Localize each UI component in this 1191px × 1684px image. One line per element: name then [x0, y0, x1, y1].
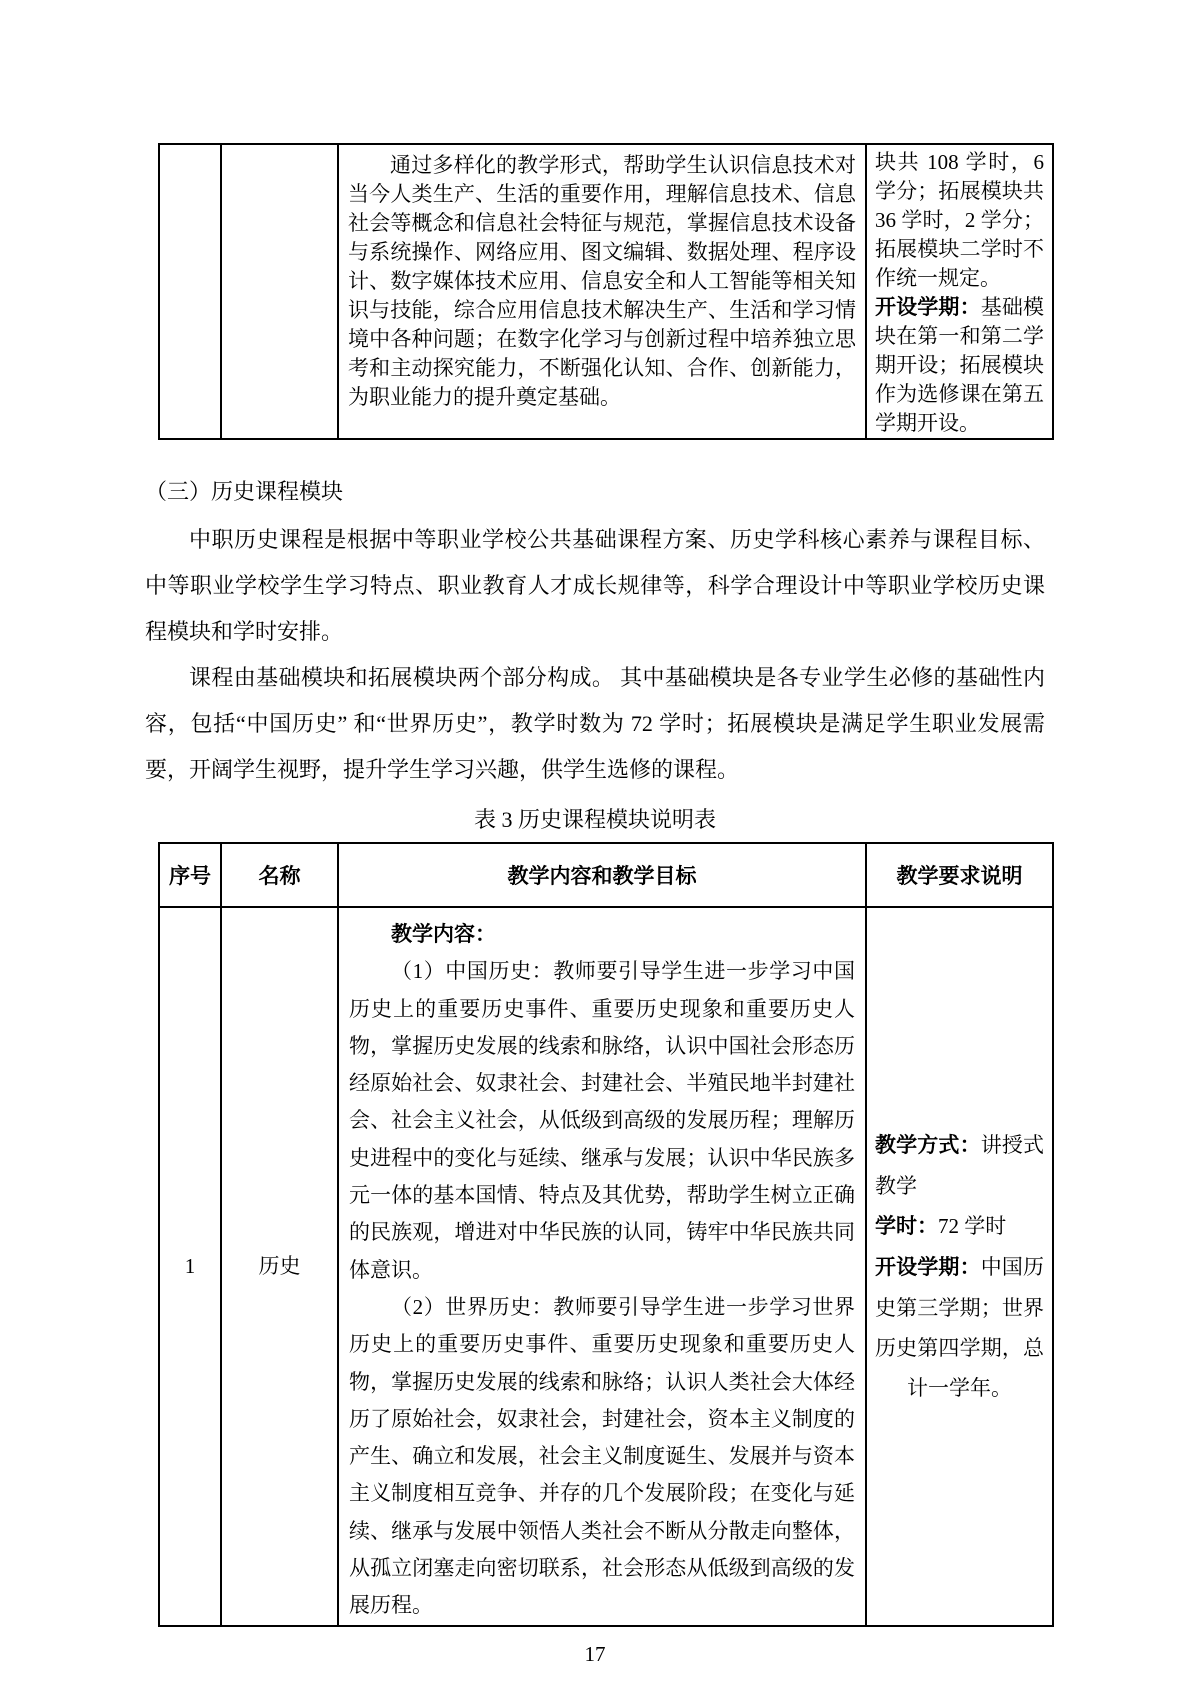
text-line: 通过多样化的教学形式，帮助学生认识信息技术对当今人类生产、生活的重要作用，理解信…	[348, 151, 856, 412]
text-run: 史第三学期；世界	[875, 1296, 1044, 1320]
header-name: 名称	[221, 843, 338, 907]
text-line: 开设学期：基础模	[875, 293, 1044, 322]
bold-label-run: 开设学期：	[875, 296, 981, 319]
paragraph-intro: 中职历史课程是根据中等职业学校公共基础课程方案、历史学科核心素养与课程目标、中等…	[145, 517, 1045, 655]
index-cell-empty	[159, 144, 221, 439]
text-run: 36 学时，2 学分；	[875, 208, 1044, 232]
bold-label-run: 开设学期：	[875, 1256, 981, 1279]
index-cell: 1	[159, 907, 221, 1626]
text-line: 拓展模块二学时不	[875, 235, 1044, 264]
text-run: 块共 108 学时，6	[875, 150, 1044, 174]
text-run: 历史第四学期，总	[875, 1336, 1044, 1360]
text-run: 作为选修课在第五	[875, 382, 1044, 406]
text-line: 块共 108 学时，6	[875, 148, 1044, 177]
info-tech-course-table-continued: 通过多样化的教学形式，帮助学生认识信息技术对当今人类生产、生活的重要作用，理解信…	[158, 143, 1054, 440]
text-run: 学分；拓展模块共	[875, 179, 1044, 203]
table-row: 通过多样化的教学形式，帮助学生认识信息技术对当今人类生产、生活的重要作用，理解信…	[159, 144, 1053, 439]
text-line: （1）中国历史：教师要引导学生进一步学习中国历史上的重要历史事件、重要历史现象和…	[349, 953, 855, 1289]
table-row-history: 1 历史 教学内容：（1）中国历史：教师要引导学生进一步学习中国历史上的重要历史…	[159, 907, 1053, 1626]
document-page: 通过多样化的教学形式，帮助学生认识信息技术对当今人类生产、生活的重要作用，理解信…	[0, 0, 1191, 1684]
document-content: 通过多样化的教学形式，帮助学生认识信息技术对当今人类生产、生活的重要作用，理解信…	[0, 0, 1191, 1668]
text-run: （1）中国历史：教师要引导学生进一步学习中国历史上的重要历史事件、重要历史现象和…	[349, 959, 855, 1281]
text-line: 历史第四学期，总	[875, 1328, 1044, 1368]
header-requirement: 教学要求说明	[866, 843, 1053, 907]
text-run: （2）世界历史：教师要引导学生进一步学习世界历史上的重要历史事件、重要历史现象和…	[349, 1295, 855, 1617]
text-line: 教学	[875, 1166, 1044, 1206]
text-line: 学期开设。	[875, 409, 1044, 438]
text-run: 块在第一和第二学	[875, 324, 1044, 348]
header-index: 序号	[159, 843, 221, 907]
bold-label-run: 教学方式：	[875, 1134, 981, 1157]
text-line: 教学方式：讲授式	[875, 1125, 1044, 1166]
text-line: 期开设；拓展模块	[875, 351, 1044, 380]
text-run: 讲授式	[981, 1133, 1044, 1157]
teaching-content-cell: 教学内容：（1）中国历史：教师要引导学生进一步学习中国历史上的重要历史事件、重要…	[338, 907, 866, 1626]
page-number: 17	[145, 1640, 1045, 1668]
bold-label-run: 学时：	[875, 1215, 938, 1238]
header-row: 序号 名称 教学内容和教学目标 教学要求说明	[159, 843, 1053, 907]
section-heading: （三）历史课程模块	[145, 477, 1045, 507]
teaching-requirement-cell: 教学方式：讲授式教学学时：72 学时开设学期：中国历史第三学期；世界历史第四学期…	[866, 907, 1053, 1626]
teaching-requirement-cell: 块共 108 学时，6学分；拓展模块共36 学时，2 学分；拓展模块二学时不作统…	[866, 144, 1053, 439]
text-line: 史第三学期；世界	[875, 1288, 1044, 1328]
text-line: 学分；拓展模块共	[875, 177, 1044, 206]
text-line: 开设学期：中国历	[875, 1247, 1044, 1288]
header-content: 教学内容和教学目标	[338, 843, 866, 907]
text-run: 教学	[875, 1174, 917, 1198]
name-cell-empty	[221, 144, 338, 439]
paragraph-modules: 课程由基础模块和拓展模块两个部分构成。 其中基础模块是各专业学生必修的基础性内容…	[145, 655, 1045, 793]
text-run: 72 学时	[938, 1214, 1006, 1238]
text-line: （2）世界历史：教师要引导学生进一步学习世界历史上的重要历史事件、重要历史现象和…	[349, 1289, 855, 1625]
table3-caption: 表 3 历史课程模块说明表	[145, 804, 1045, 836]
text-line: 块在第一和第二学	[875, 322, 1044, 351]
name-cell: 历史	[221, 907, 338, 1626]
text-run: 期开设；拓展模块	[875, 353, 1044, 377]
history-course-module-table: 序号 名称 教学内容和教学目标 教学要求说明 1 历史 教学内容：（1）中国历史…	[158, 842, 1054, 1627]
text-line: 作为选修课在第五	[875, 380, 1044, 409]
text-line: 36 学时，2 学分；	[875, 206, 1044, 235]
text-line: 学时：72 学时	[875, 1206, 1044, 1247]
text-line: 教学内容：	[349, 916, 855, 953]
text-run: 通过多样化的教学形式，帮助学生认识信息技术对当今人类生产、生活的重要作用，理解信…	[348, 153, 856, 409]
bold-label-run: 教学内容：	[391, 923, 496, 946]
text-run: 作统一规定。	[875, 266, 1001, 290]
teaching-content-cell: 通过多样化的教学形式，帮助学生认识信息技术对当今人类生产、生活的重要作用，理解信…	[338, 144, 866, 439]
text-line: 作统一规定。	[875, 264, 1044, 293]
text-run: 基础模	[981, 295, 1044, 319]
text-run: 学期开设。	[875, 411, 980, 435]
text-run: 计一学年。	[907, 1376, 1012, 1400]
text-run: 中国历	[981, 1255, 1044, 1279]
text-line: 计一学年。	[875, 1368, 1044, 1408]
text-run: 拓展模块二学时不	[875, 237, 1044, 261]
